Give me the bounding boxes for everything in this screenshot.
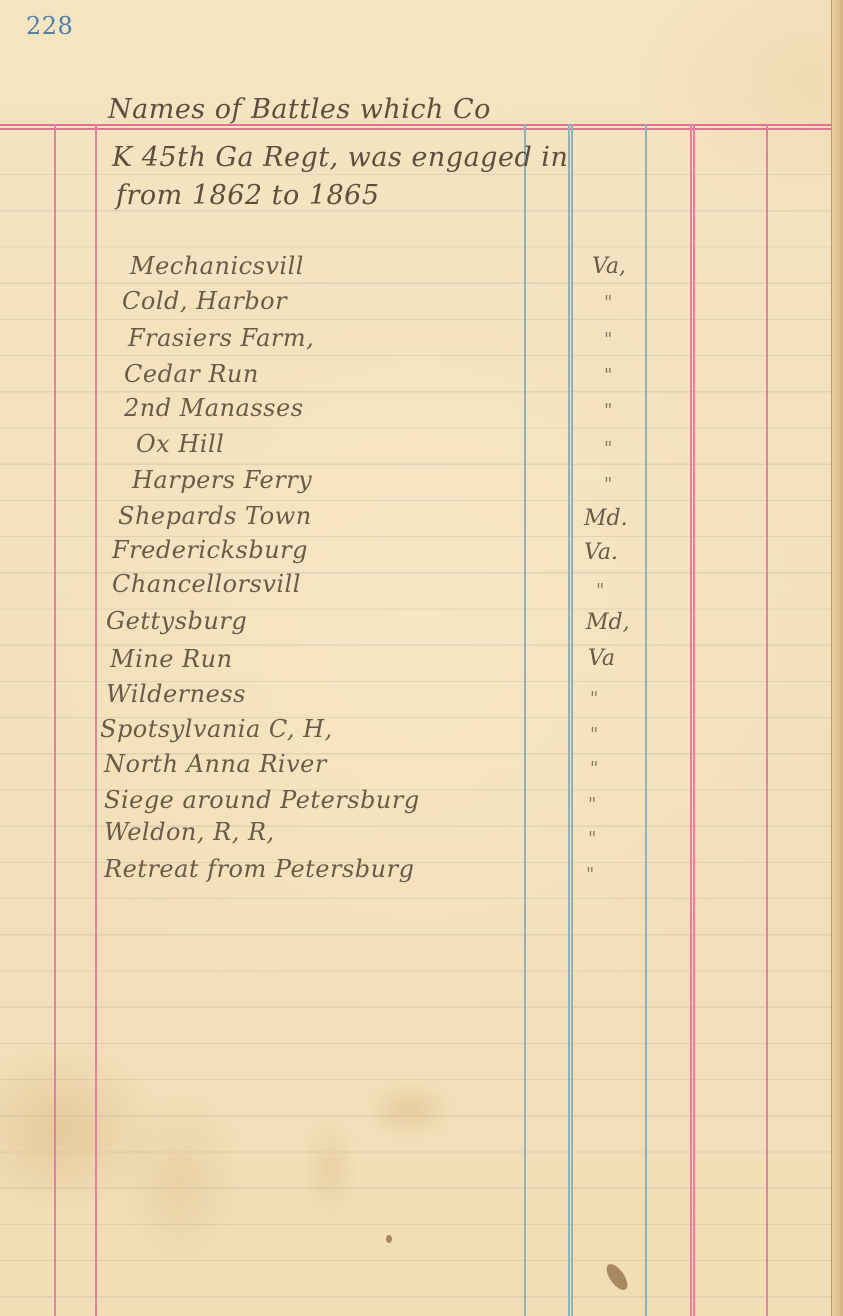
battle-name: Spotsylvania C, H, — [100, 715, 333, 743]
battle-name: Shepards Town — [118, 502, 312, 530]
battle-name: Mine Run — [110, 645, 233, 673]
battle-state: Va. — [584, 540, 618, 565]
battle-state: " — [590, 758, 598, 779]
binding-edge — [831, 0, 843, 1316]
battle-name: Cold, Harbor — [122, 287, 287, 315]
column-line-2b — [571, 124, 573, 1316]
battle-name: Cedar Run — [124, 360, 259, 388]
header-rule-bottom — [0, 128, 843, 130]
battle-name: Mechanicsvill — [130, 252, 304, 280]
battle-name: Fredericksburg — [112, 536, 308, 564]
battle-name: Harpers Ferry — [132, 466, 312, 494]
battle-name: Gettysburg — [106, 607, 247, 635]
battle-state: " — [604, 365, 612, 386]
battle-state: " — [588, 828, 596, 849]
column-line-1 — [524, 124, 526, 1316]
heading-line-2: K 45th Ga Regt, was engaged in — [112, 142, 568, 173]
battle-name: Weldon, R, R, — [104, 818, 275, 846]
margin-line-1 — [54, 124, 56, 1316]
heading-line-3: from 1862 to 1865 — [116, 180, 380, 211]
battle-state: Va, — [592, 254, 626, 279]
column-line-4a — [690, 124, 692, 1316]
battle-name: Wilderness — [106, 680, 246, 708]
battle-state: Va — [588, 646, 615, 671]
battle-name: 2nd Manasses — [124, 394, 304, 422]
battle-state: " — [586, 864, 594, 885]
margin-line-2 — [95, 124, 97, 1316]
battle-name: North Anna River — [104, 750, 327, 778]
battle-state: " — [604, 474, 612, 495]
column-line-4b — [693, 124, 695, 1316]
battle-state: " — [588, 794, 596, 815]
battle-state: " — [590, 688, 598, 709]
battle-state: Md, — [586, 610, 630, 635]
column-line-5 — [766, 124, 768, 1316]
battle-state: " — [604, 292, 612, 313]
ledger-page: 228 Names of Battles which Co K 45th Ga … — [0, 0, 843, 1316]
battle-name: Siege around Petersburg — [104, 786, 420, 814]
page-number: 228 — [26, 12, 73, 40]
battle-name: Retreat from Petersburg — [104, 855, 414, 883]
battle-state: " — [604, 329, 612, 350]
ink-speck — [386, 1235, 392, 1243]
column-line-2a — [568, 124, 570, 1316]
battle-name: Chancellorsvill — [112, 570, 301, 598]
battle-name: Frasiers Farm, — [128, 324, 314, 352]
battle-state: " — [590, 724, 598, 745]
battle-state: " — [604, 438, 612, 459]
battle-state: Md. — [584, 506, 628, 531]
battle-state: " — [604, 400, 612, 421]
battle-name: Ox Hill — [136, 430, 224, 458]
battle-state: " — [596, 580, 604, 601]
column-line-3 — [645, 124, 647, 1316]
heading-line-1: Names of Battles which Co — [108, 94, 491, 125]
